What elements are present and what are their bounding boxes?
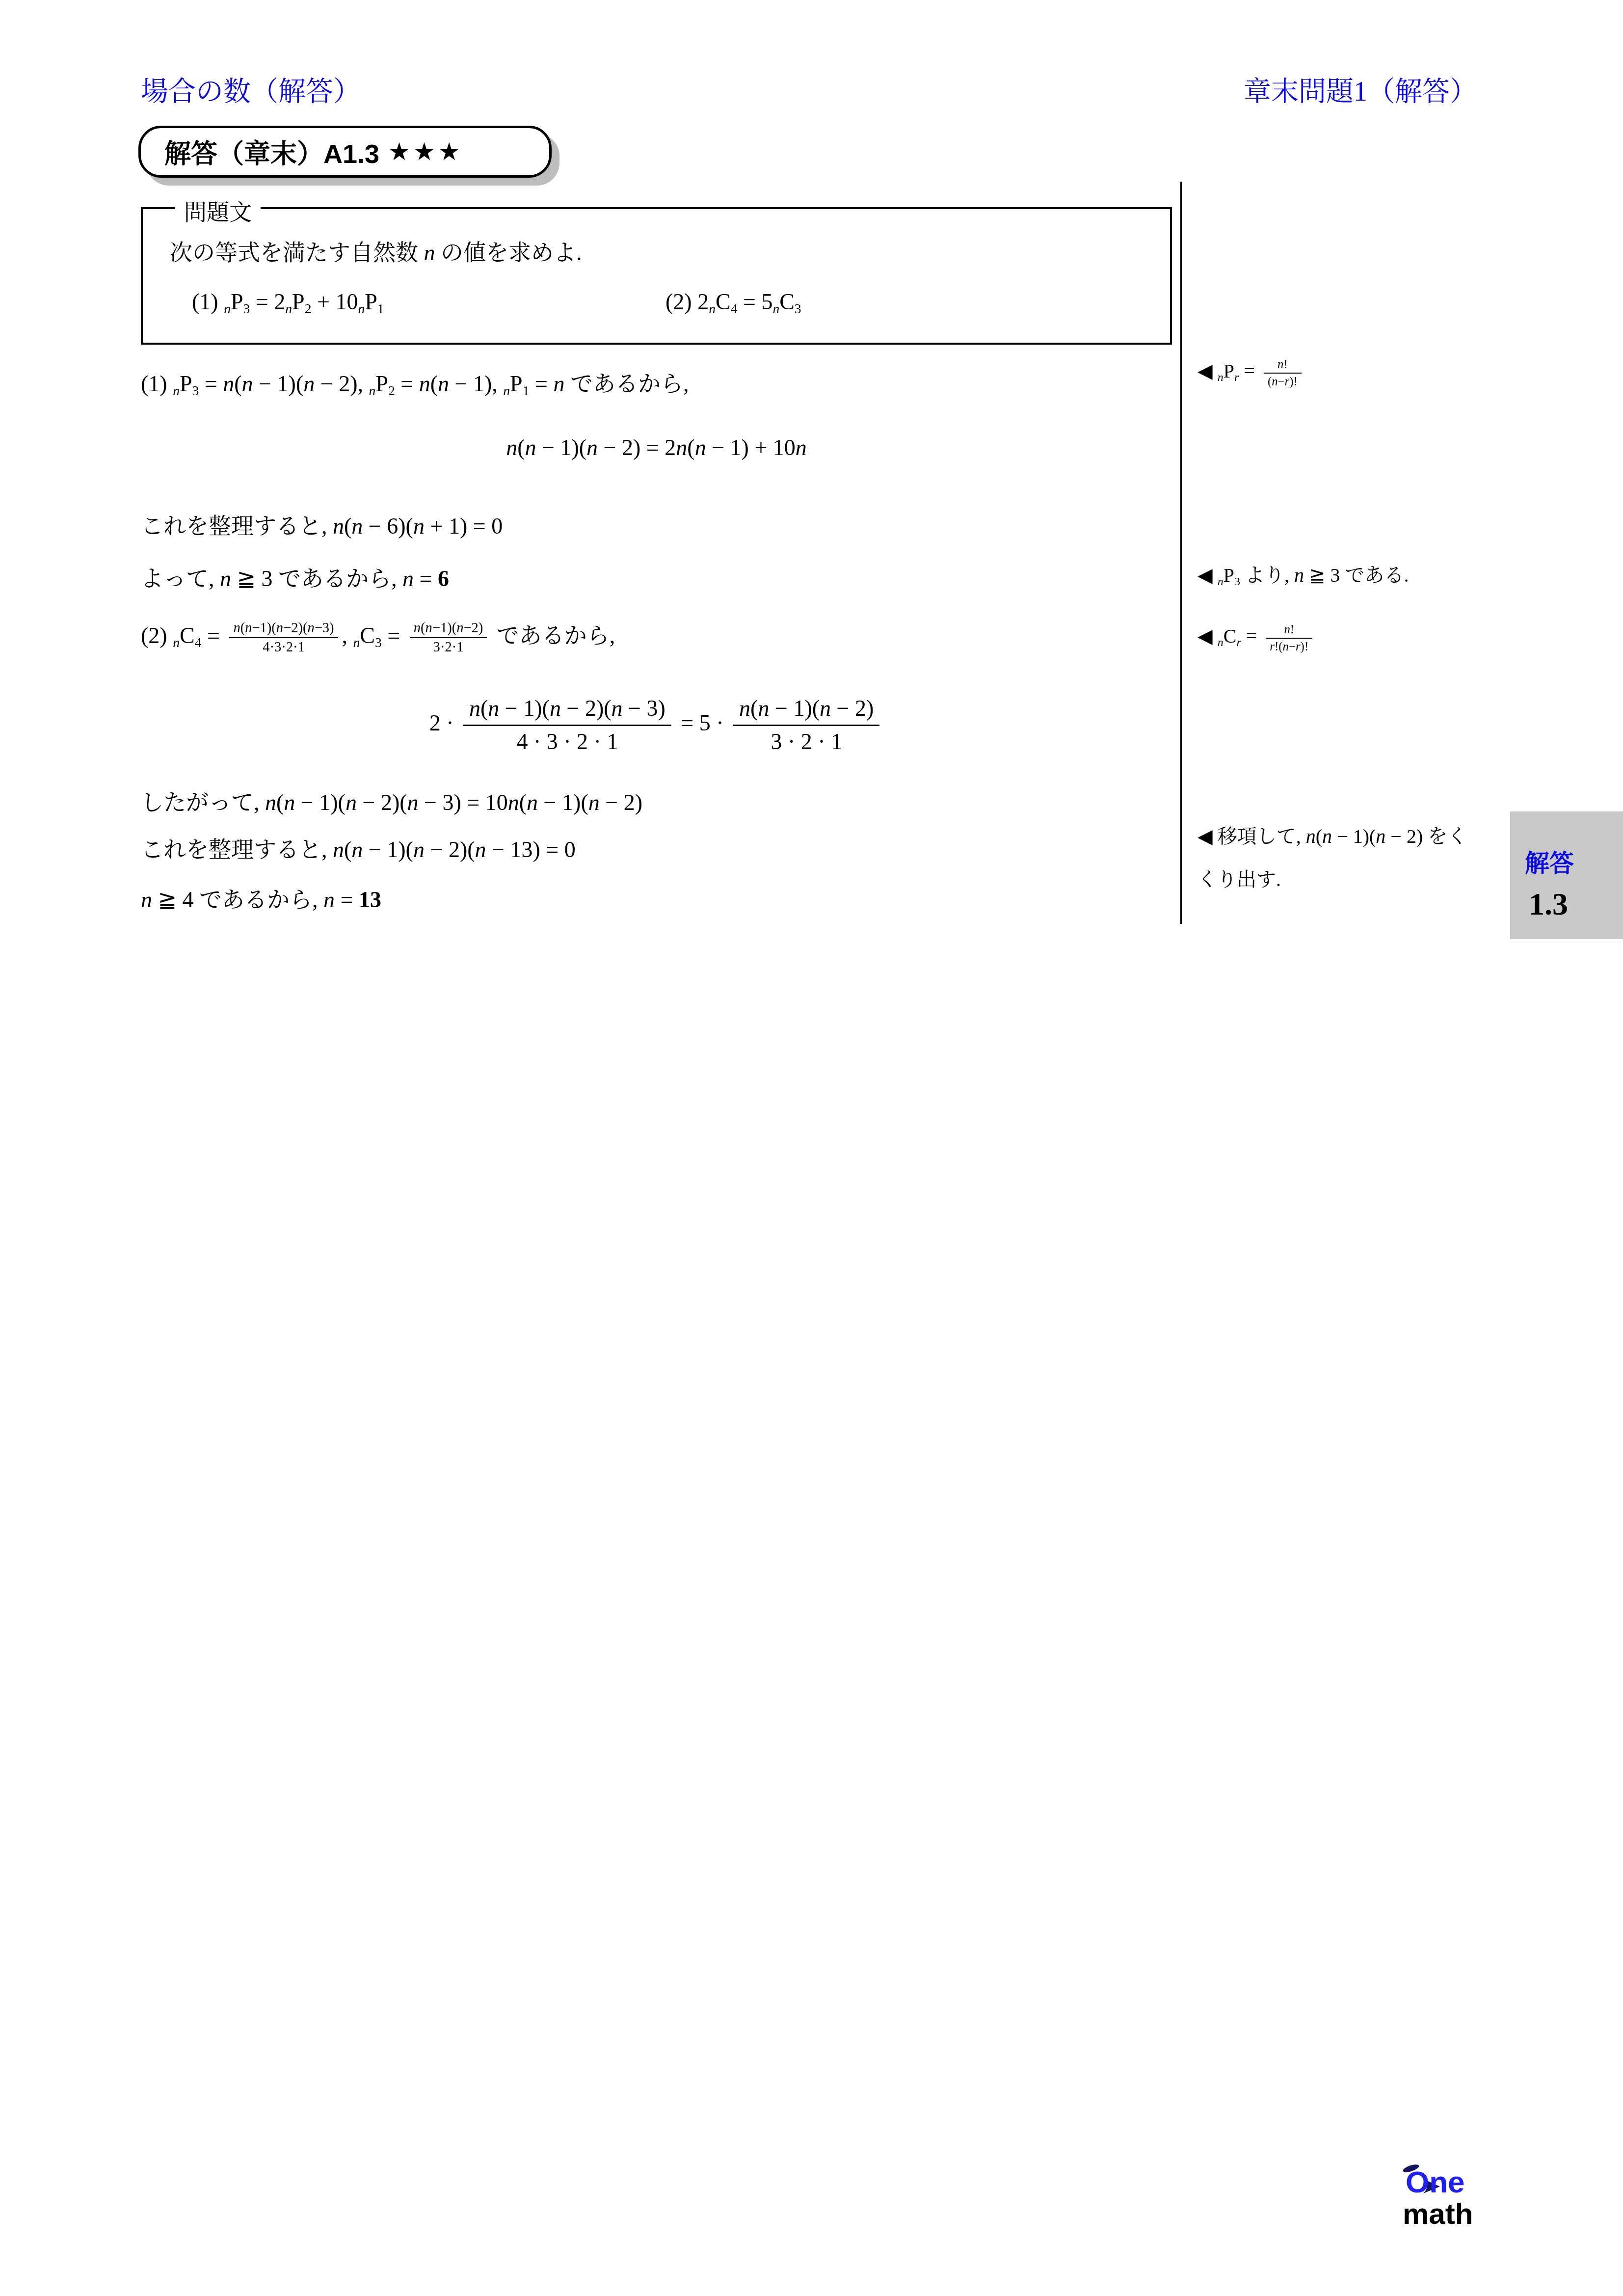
logo-text-one: One bbox=[1406, 2165, 1465, 2199]
fraction: n(n−1)(n−2)(n−3)4·3·2·1 bbox=[229, 621, 338, 655]
solution-line: (2) nC4 = n(n−1)(n−2)(n−3)4·3·2·1, nC3 =… bbox=[141, 618, 615, 655]
margin-separator-rule bbox=[1180, 182, 1182, 924]
solution-line: したがって, n(n − 1)(n − 2)(n − 3) = 10n(n − … bbox=[141, 784, 642, 817]
fraction: n(n−1)(n−2)3·2·1 bbox=[410, 621, 487, 655]
solution-line: (1) nP3 = n(n − 1)(n − 2), nP2 = n(n − 1… bbox=[141, 366, 689, 399]
solution-display-equation: n(n − 1)(n − 2) = 2n(n − 1) + 10n bbox=[141, 434, 1172, 460]
left-triangle-icon: ◀ bbox=[1197, 564, 1213, 586]
fraction: n!r!(n−r)! bbox=[1266, 623, 1312, 654]
side-tab-number: 1.3 bbox=[1529, 886, 1568, 922]
solution-line: よって, n ≧ 3 であるから, n = 6 bbox=[141, 561, 449, 593]
side-tab: 解答 1.3 bbox=[1510, 811, 1623, 939]
margin-note: ◀nPr = n!(n−r)! bbox=[1197, 350, 1481, 399]
logo-text-math: math bbox=[1403, 2197, 1473, 2230]
solution-line: n ≧ 4 であるから, n = 13 bbox=[141, 882, 381, 914]
solution-line: これを整理すると, n(n − 1)(n − 2)(n − 13) = 0 bbox=[141, 832, 576, 864]
onemath-logo: One math bbox=[1401, 2163, 1494, 2232]
margin-note: ◀nCr = n!r!(n−r)! bbox=[1197, 615, 1481, 664]
margin-note: ◀移項して, n(n − 1)(n − 2) をくくり出す. bbox=[1197, 815, 1481, 901]
fraction: n(n − 1)(n − 2)3 · 2 · 1 bbox=[733, 695, 879, 756]
fraction: n!(n−r)! bbox=[1264, 358, 1302, 389]
left-triangle-icon: ◀ bbox=[1197, 825, 1213, 847]
fraction: n(n − 1)(n − 2)(n − 3)4 · 3 · 2 · 1 bbox=[463, 695, 671, 756]
left-triangle-icon: ◀ bbox=[1197, 360, 1213, 382]
solution-display-equation: 2 · n(n − 1)(n − 2)(n − 3)4 · 3 · 2 · 1 … bbox=[141, 695, 1172, 756]
solution-column: (1) nP3 = n(n − 1)(n − 2), nP2 = n(n − 1… bbox=[141, 0, 1172, 933]
document-page: 場合の数（解答） 章末問題1（解答） 解答（章末）A1.3 ★★★ 問題文 次の… bbox=[0, 0, 1623, 2296]
side-tab-label: 解答 bbox=[1525, 844, 1574, 879]
left-triangle-icon: ◀ bbox=[1197, 625, 1213, 647]
solution-line: これを整理すると, n(n − 6)(n + 1) = 0 bbox=[141, 508, 503, 540]
header-right-title: 章末問題1（解答） bbox=[1244, 70, 1477, 109]
margin-note: ◀nP3 より, n ≧ 3 である. bbox=[1197, 554, 1481, 603]
